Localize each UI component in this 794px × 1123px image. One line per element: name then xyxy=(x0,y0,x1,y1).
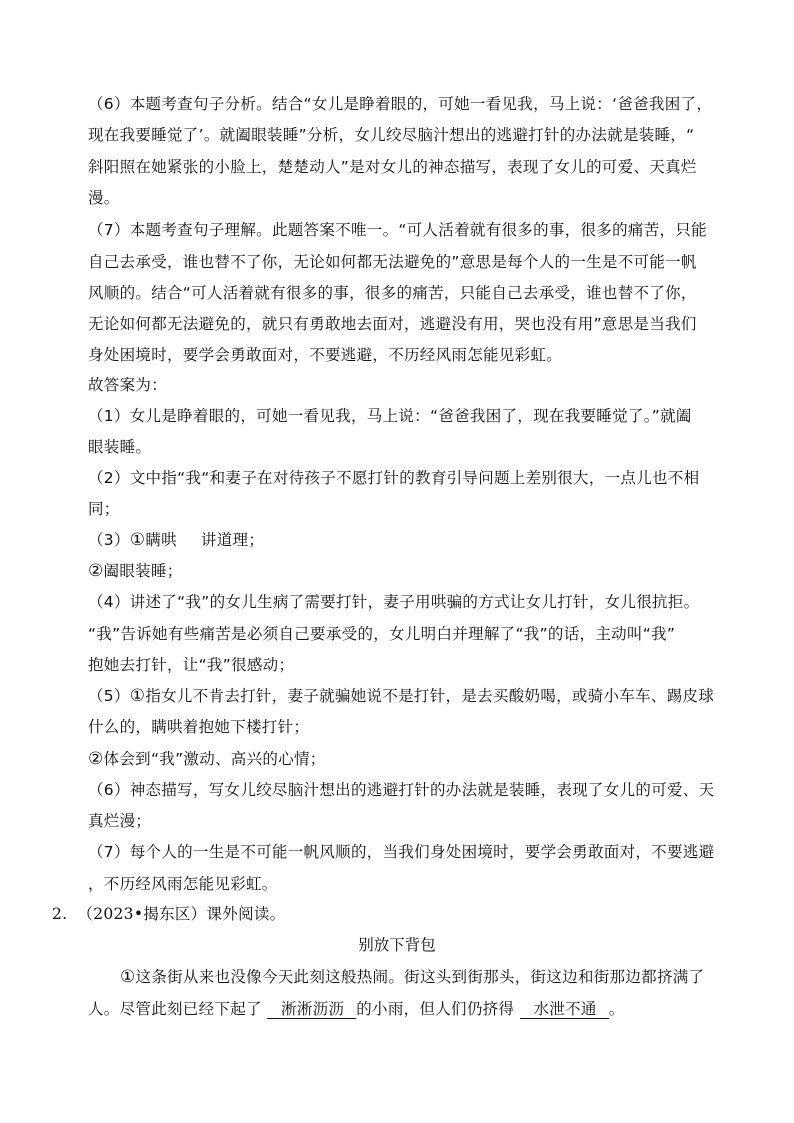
analysis-q6-line-4: 漫。 xyxy=(88,188,120,208)
answer-7-line-1: （7）每个人的一生是不可能一帆风顺的，当我们身处困境时，要学会勇敢面对，不要逃避 xyxy=(88,842,714,862)
analysis-q7-line-5: 身处困境时，要学会勇敢面对，不要逃避，不历经风雨怎能见彩虹。 xyxy=(88,345,562,365)
answer-7-line-2: ，不历经风雨怎能见彩虹。 xyxy=(88,874,278,894)
answer-6-line-1: （6）神态描写，写女儿绞尽脑汁想出的逃避打针的办法就是装睡，表现了女儿的可爱、天 xyxy=(88,780,714,800)
answer-blank-2: 水泄不通 xyxy=(520,1000,609,1019)
answer-1-line-1: （1）女儿是睁着眼的，可她一看见我，马上说：“爸爸我困了，现在我要睡觉了。”就阖 xyxy=(88,406,692,426)
paragraph-text: 人。尽管此刻已经下起了 xyxy=(88,1000,262,1018)
answer-5-prefix: （5） xyxy=(88,687,130,705)
paragraph-text: 这条街从来也没像今天此刻这般热闹。街这头到街那头，街这边和街那边都挤满了 xyxy=(136,968,705,986)
answer-5-item-1: 指女儿不肯去打针，妻子就骗她说不是打针，是去买酸奶喝，或骑小车车、踢皮球 xyxy=(145,687,714,705)
answer-blank-1: 淅淅沥沥 xyxy=(267,1000,356,1019)
document-page: （6）本题考查句子分析。结合“女儿是睁着眼的，可她一看见我，马上说：‘爸爸我困了… xyxy=(0,0,794,1123)
analysis-q7-line-4: 无论如何都无法避免的，就只有勇敢地去面对，逃避没有用，哭也没有用”意思是当我们 xyxy=(88,314,697,334)
question-number: 2. xyxy=(52,905,67,923)
answer-4-line-2: “我”告诉她有些痛苦是必须自己要承受的，女儿明白并理解了“我”的话，主动叫“我” xyxy=(88,624,675,644)
answer-4-line-1: （4）讲述了“我”的女儿生病了需要打针，妻子用哄骗的方式让女儿打针，女儿很抗拒。 xyxy=(88,592,699,612)
answer-3-line-1: （3）①瞒哄讲道理； xyxy=(88,530,264,550)
answer-6-line-2: 真烂漫； xyxy=(88,811,151,831)
analysis-q6-line-2: 现在我要睡觉了’。就阖眼装睡”分析，女儿绞尽脑汁想出的逃避打针的办法就是装睡，“ xyxy=(88,125,695,145)
answer-3-line-2: ②阖眼装睡； xyxy=(88,561,183,581)
circled-number-1: ① xyxy=(130,530,146,550)
circled-number-2: ② xyxy=(88,561,104,581)
circled-number-1: ① xyxy=(120,967,136,987)
answer-2-line-1: （2）文中指“我“和妻子在对待孩子不愿打针的教育引导问题上差别很大，一点儿也不相 xyxy=(88,468,699,488)
analysis-q7-line-3: 风顺的。结合“可人活着就有很多的事，很多的痛苦，只能自己去承受，谁也替不了你， xyxy=(88,283,697,303)
paragraph-text: 。 xyxy=(609,1000,625,1018)
circled-number-1: ① xyxy=(130,686,146,706)
passage-title: 别放下背包 xyxy=(0,935,794,955)
analysis-q7-line-2: 自己去承受，谁也替不了你，无论如何都无法避免的”意思是每个人的一生是不可能一帆 xyxy=(88,252,697,272)
answer-5-line-1: （5）①指女儿不肯去打针，妻子就骗她说不是打针，是去买酸奶喝，或骑小车车、踢皮球 xyxy=(88,686,714,706)
answer-5-line-2: 什么的，瞒哄着抱她下楼打针； xyxy=(88,717,309,737)
paragraph-text: 的小雨，但人们仍挤得 xyxy=(356,1000,514,1018)
answer-3-item-1: 瞒哄 xyxy=(145,531,177,549)
analysis-q6-line-1: （6）本题考查句子分析。结合“女儿是睁着眼的，可她一看见我，马上说：‘爸爸我困了… xyxy=(88,94,712,114)
answer-3-item-1b: 讲道理； xyxy=(201,531,264,549)
answer-5-line-3: ②体会到“我”激动、高兴的心情； xyxy=(88,749,326,769)
analysis-q7-line-1: （7）本题考查句子理解。此题答案不唯一。“可人活着就有很多的事，很多的痛苦，只能 xyxy=(88,220,707,240)
circled-number-2: ② xyxy=(88,749,104,769)
question-2-header: 2.（2023•揭东区）课外阅读。 xyxy=(52,904,285,924)
analysis-q6-line-3: 斜阳照在她紧张的小脸上，楚楚动人”是对女儿的神态描写，表现了女儿的可爱、天真烂 xyxy=(88,157,697,177)
answer-5-item-2: 体会到“我”激动、高兴的心情； xyxy=(104,750,326,768)
answers-heading: 故答案为： xyxy=(88,375,167,395)
answer-4-line-3: 抱她去打针，让“我”很感动； xyxy=(88,655,294,675)
answer-3-item-2: 阖眼装睡； xyxy=(104,562,183,580)
answer-3-prefix: （3） xyxy=(88,531,130,549)
passage-paragraph-1-line-1: ①这条街从来也没像今天此刻这般热闹。街这头到街那头，街这边和街那边都挤满了 xyxy=(120,967,704,987)
answer-1-line-2: 眼装睡。 xyxy=(88,437,151,457)
passage-paragraph-1-line-2: 人。尽管此刻已经下起了 淅淅沥沥的小雨，但人们仍挤得 水泄不通。 xyxy=(88,999,625,1019)
answer-2-line-2: 同； xyxy=(88,499,120,519)
question-source: （2023•揭东区）课外阅读。 xyxy=(77,905,285,923)
